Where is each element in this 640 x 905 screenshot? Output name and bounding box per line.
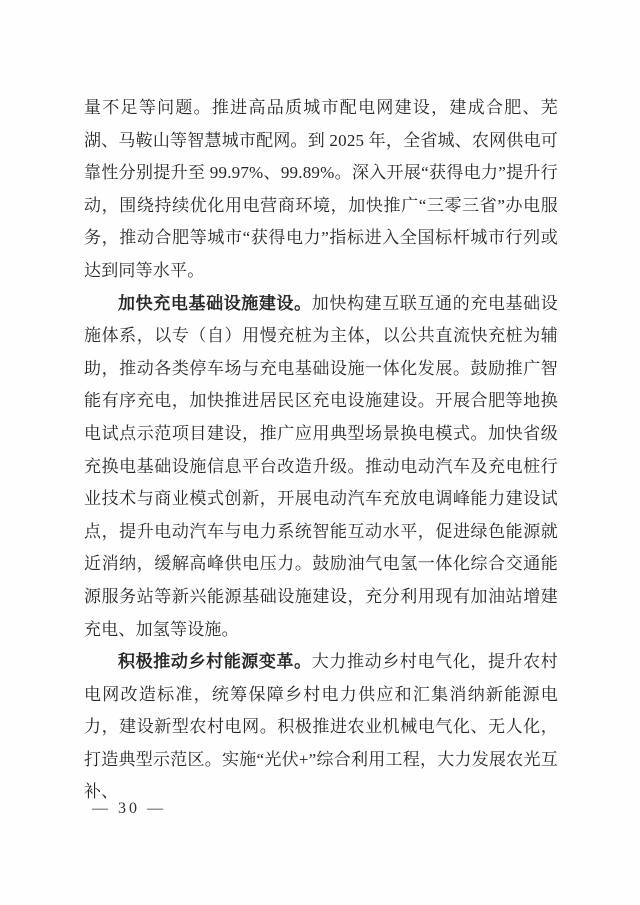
paragraph: 量不足等问题。推进高品质城市配电网建设，建成合肥、芜湖、马鞍山等智慧城市配网。到… bbox=[84, 92, 558, 288]
paragraph-lead: 积极推动乡村能源变革。 bbox=[118, 652, 312, 671]
paragraph-text: 量不足等问题。推进高品质城市配电网建设，建成合肥、芜湖、马鞍山等智慧城市配网。到… bbox=[84, 98, 558, 280]
document-page: 量不足等问题。推进高品质城市配电网建设，建成合肥、芜湖、马鞍山等智慧城市配网。到… bbox=[0, 0, 640, 905]
paragraph-text: 加快构建互联互通的充电基础设施体系，以专（自）用慢充桩为主体，以公共直流快充桩为… bbox=[84, 294, 558, 639]
paragraph: 加快充电基础设施建设。加快构建互联互通的充电基础设施体系，以专（自）用慢充桩为主… bbox=[84, 288, 558, 647]
paragraph: 积极推动乡村能源变革。大力推动乡村电气化，提升农村电网改造标准，统筹保障乡村电力… bbox=[84, 646, 558, 809]
paragraph-text: 大力推动乡村电气化，提升农村电网改造标准，统筹保障乡村电力供应和汇集消纳新能源电… bbox=[84, 652, 558, 801]
page-number: — 30 — bbox=[92, 800, 166, 818]
paragraph-lead: 加快充电基础设施建设。 bbox=[118, 294, 312, 313]
page-body-text: 量不足等问题。推进高品质城市配电网建设，建成合肥、芜湖、马鞍山等智慧城市配网。到… bbox=[84, 92, 558, 809]
